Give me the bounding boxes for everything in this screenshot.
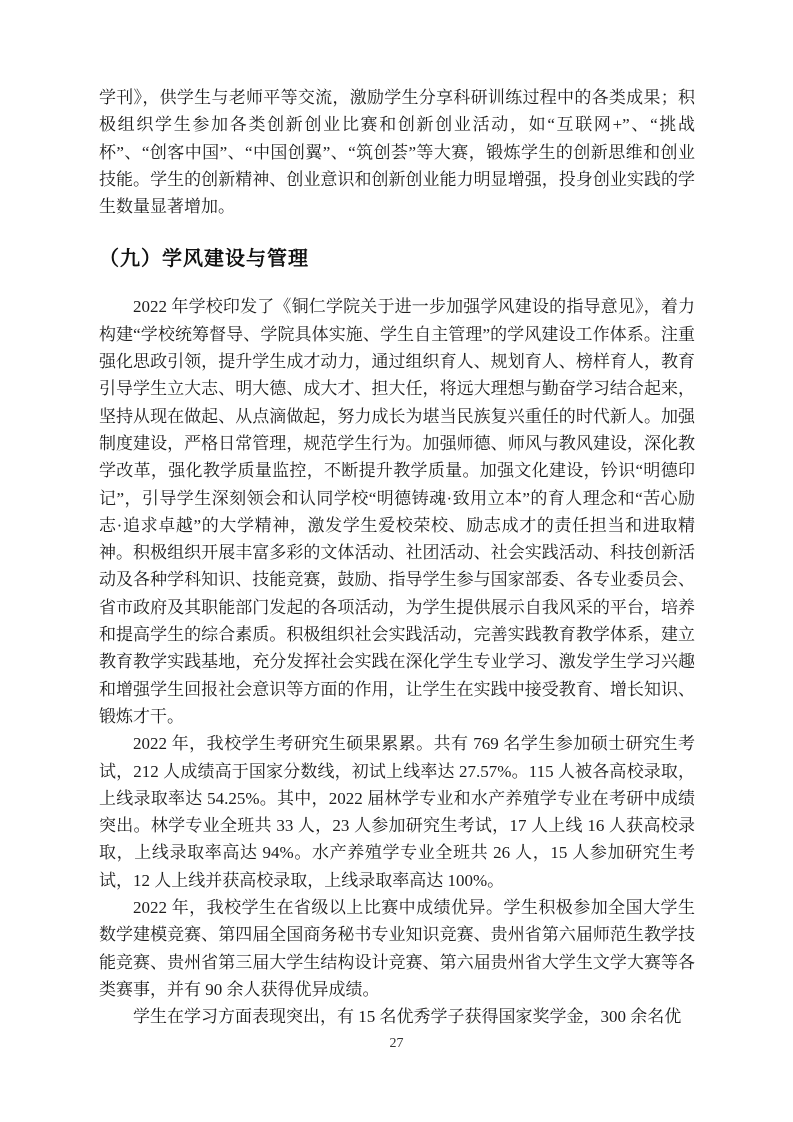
paragraph: 2022 年，我校学生考研究生硕果累累。共有 769 名学生参加硕士研究生考试，… (99, 730, 695, 894)
paragraph-continuation: 学刊》，供学生与老师平等交流，激励学生分享科研训练过程中的各类成果；积极组织学生… (99, 84, 695, 220)
document-page: 学刊》，供学生与老师平等交流，激励学生分享科研训练过程中的各类成果；积极组织学生… (0, 0, 793, 1122)
paragraph: 2022 年学校印发了《铜仁学院关于进一步加强学风建设的指导意见》，着力构建“学… (99, 293, 695, 730)
paragraph: 2022 年，我校学生在省级以上比赛中成绩优异。学生积极参加全国大学生数学建模竞… (99, 894, 695, 1003)
page-number: 27 (0, 1036, 793, 1052)
section-heading: （九）学风建设与管理 (99, 246, 695, 272)
document-body: 学刊》，供学生与老师平等交流，激励学生分享科研训练过程中的各类成果；积极组织学生… (99, 84, 695, 1031)
paragraph: 学生在学习方面表现突出，有 15 名优秀学子获得国家奖学金，300 余名优 (99, 1003, 695, 1030)
